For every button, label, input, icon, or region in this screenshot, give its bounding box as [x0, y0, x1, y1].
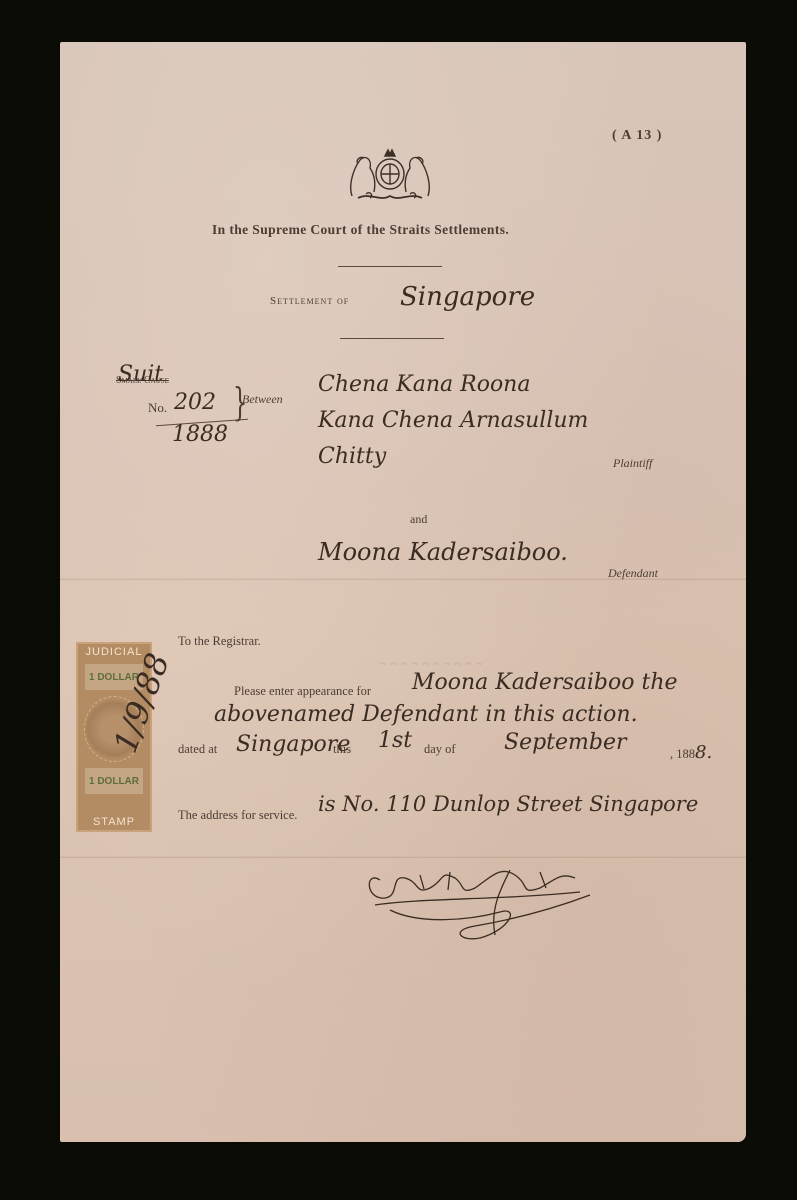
- plaintiff-label: Plaintiff: [613, 456, 652, 471]
- between-label: Between: [242, 392, 283, 407]
- settlement-value: Singapore: [400, 282, 535, 312]
- stamp-value-bottom: 1 DOLLAR: [85, 768, 143, 794]
- appearance-line-2: abovenamed Defendant in this action.: [214, 702, 638, 727]
- case-number-label: No.: [148, 400, 167, 416]
- month-value: September: [504, 730, 627, 755]
- appearance-label: Please enter appearance for: [234, 684, 371, 699]
- plaintiff-line: Kana Chena Arnasullum: [318, 408, 588, 433]
- divider: [338, 266, 442, 267]
- court-document: ( A 13 ) In the Supreme Court of the Str…: [60, 42, 746, 1142]
- case-number: 202: [174, 390, 216, 415]
- appearance-line-1: Moona Kadersaiboo the: [412, 670, 678, 695]
- stamp-bottom-label: STAMP: [93, 816, 135, 828]
- signature-icon: [360, 850, 610, 945]
- judicial-stamp: JUDICIAL 1 DOLLAR 1 DOLLAR STAMP 1/9/88: [76, 642, 152, 832]
- dated-label: dated at: [178, 742, 217, 757]
- form-code: ( A 13 ): [612, 128, 662, 144]
- defendant-label: Defendant: [608, 566, 658, 581]
- stamp-top-label: JUDICIAL: [86, 646, 143, 658]
- plaintiff-line: Chitty: [318, 444, 386, 469]
- divider: [340, 338, 444, 339]
- bleedthrough-text: ~ ~ ~ ~ ~ ~ ~ ~ ~ ~: [380, 658, 483, 670]
- day-value: 1st: [378, 728, 412, 753]
- year-prefix: , 188: [670, 747, 695, 761]
- year-label: , 1888.: [670, 742, 712, 763]
- case-type: Suit: [118, 362, 163, 387]
- settlement-label: Settlement of: [270, 295, 349, 307]
- coat-of-arms-icon: [340, 146, 440, 204]
- day-of-label: day of: [424, 742, 456, 757]
- case-year: 1888: [172, 422, 228, 447]
- address-label: The address for service.: [178, 808, 297, 823]
- defendant-name: Moona Kadersaiboo.: [318, 538, 568, 566]
- plaintiff-line: Chena Kana Roona: [318, 372, 530, 397]
- and-label: and: [410, 512, 427, 527]
- court-title: In the Supreme Court of the Straits Sett…: [212, 222, 509, 238]
- this-label: this: [333, 742, 351, 757]
- addressee: To the Registrar.: [178, 634, 261, 649]
- address-value: is No. 110 Dunlop Street Singapore: [318, 792, 698, 816]
- year-suffix: 8.: [695, 742, 712, 763]
